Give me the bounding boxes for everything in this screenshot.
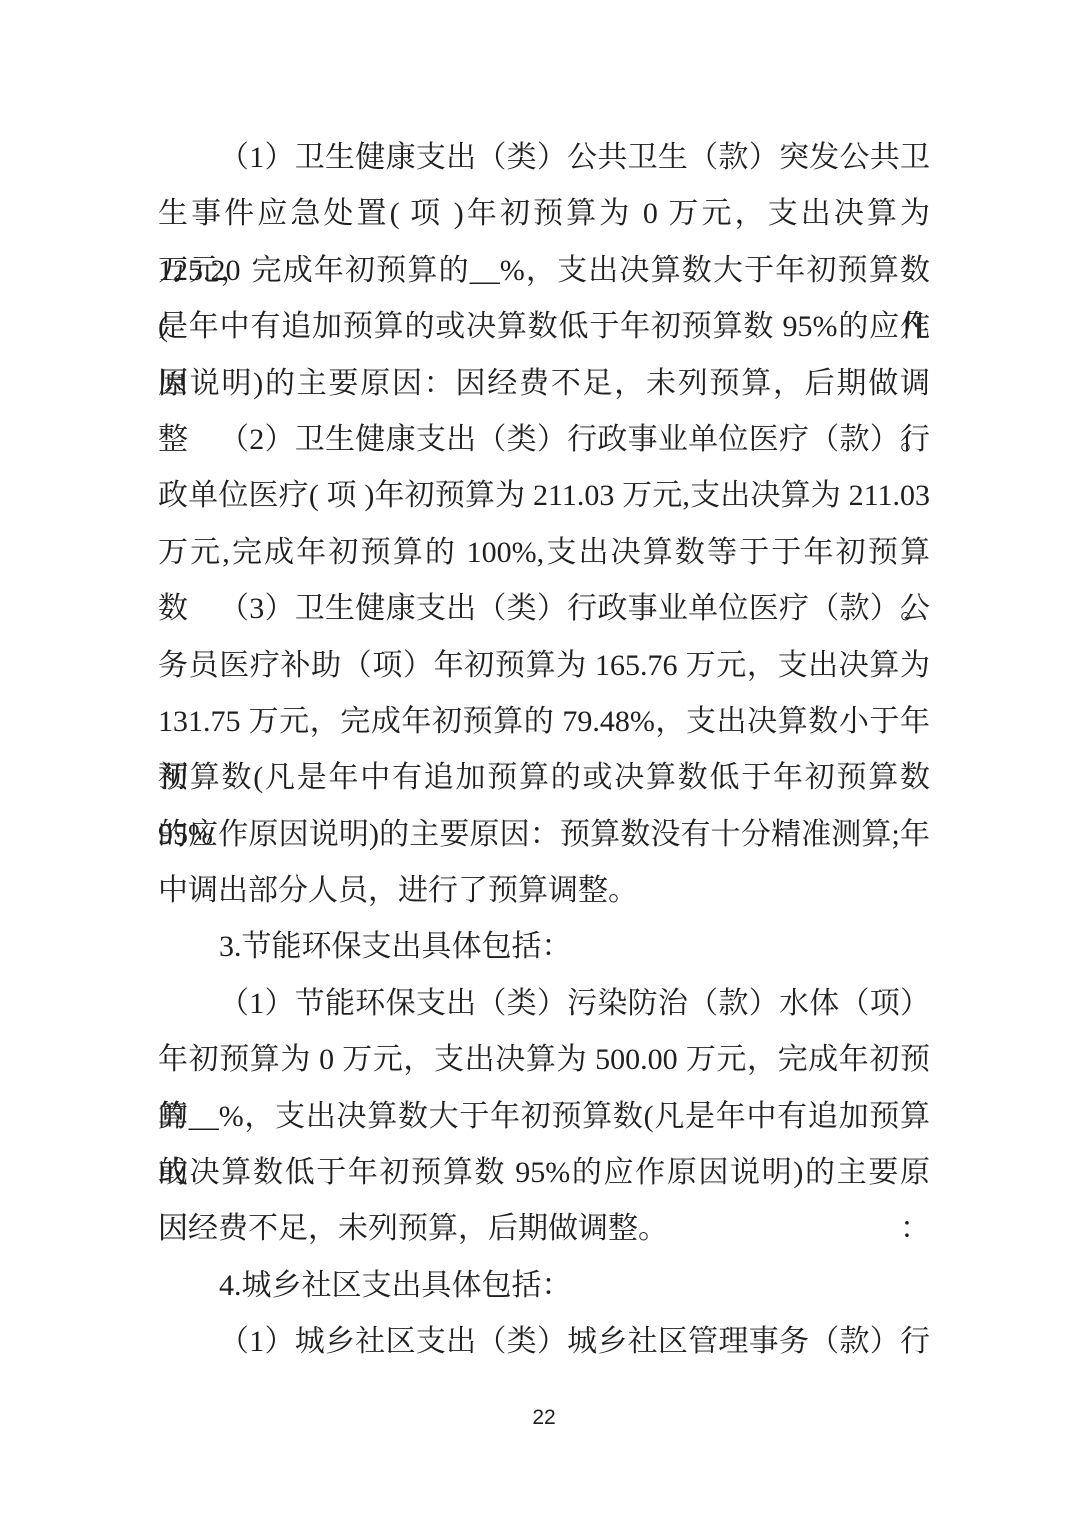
text-line: 或决算数低于年初预算数 95%的应作原因说明)的主要原因： (158, 1145, 930, 1201)
text-line: 的应作原因说明)的主要原因：预算数没有十分精准测算;年 (158, 807, 930, 863)
text-line: 131.75 万元，完成年初预算的 79.48%，支出决算数小于年初 (158, 694, 930, 750)
page-number: 22 (158, 1402, 930, 1434)
text-line: （2）卫生健康支出（类）行政事业单位医疗（款）行 (158, 412, 930, 468)
text-line: 的__%，支出决算数大于年初预算数(凡是年中有追加预算的 (158, 1089, 930, 1145)
text-line: 中调出部分人员，进行了预算调整。 (158, 863, 930, 919)
text-line: 政单位医疗( 项 )年初预算为 211.03 万元,支出决算为 211.03 (158, 468, 930, 524)
document-page: （1）卫生健康支出（类）公共卫生（款）突发公共卫 生事件应急处置( 项 )年初预… (0, 0, 1074, 1520)
text-line: 年初预算为 0 万元，支出决算为 500.00 万元，完成年初预算 (158, 1032, 930, 1088)
text-line: 万元，完成年初预算的__%，支出决算数大于年初预算数(凡 (158, 243, 930, 299)
text-line: 万元,完成年初预算的 100%,支出决算数等于于年初预算数。 (158, 525, 930, 581)
text-line: 预算数(凡是年中有追加预算的或决算数低于年初预算数 95% (158, 750, 930, 806)
text-line: （1）节能环保支出（类）污染防治（款）水体（项） (158, 976, 930, 1032)
text-line: 3.节能环保支出具体包括： (158, 919, 930, 975)
text-line: 务员医疗补助（项）年初预算为 165.76 万元，支出决算为 (158, 638, 930, 694)
text-line: 是年中有追加预算的或决算数低于年初预算数 95%的应作原 (158, 299, 930, 355)
text-line: （1）卫生健康支出（类）公共卫生（款）突发公共卫 (158, 130, 930, 186)
text-line: 因说明)的主要原因：因经费不足，未列预算，后期做调整。 (158, 356, 930, 412)
text-line: 4.城乡社区支出具体包括： (158, 1258, 930, 1314)
text-line: 生事件应急处置( 项 )年初预算为 0 万元，支出决算为 125.20 (158, 186, 930, 242)
text-line: （1）城乡社区支出（类）城乡社区管理事务（款）行 (158, 1314, 930, 1370)
text-line: （3）卫生健康支出（类）行政事业单位医疗（款）公 (158, 581, 930, 637)
document-body: （1）卫生健康支出（类）公共卫生（款）突发公共卫 生事件应急处置( 项 )年初预… (158, 130, 930, 1371)
